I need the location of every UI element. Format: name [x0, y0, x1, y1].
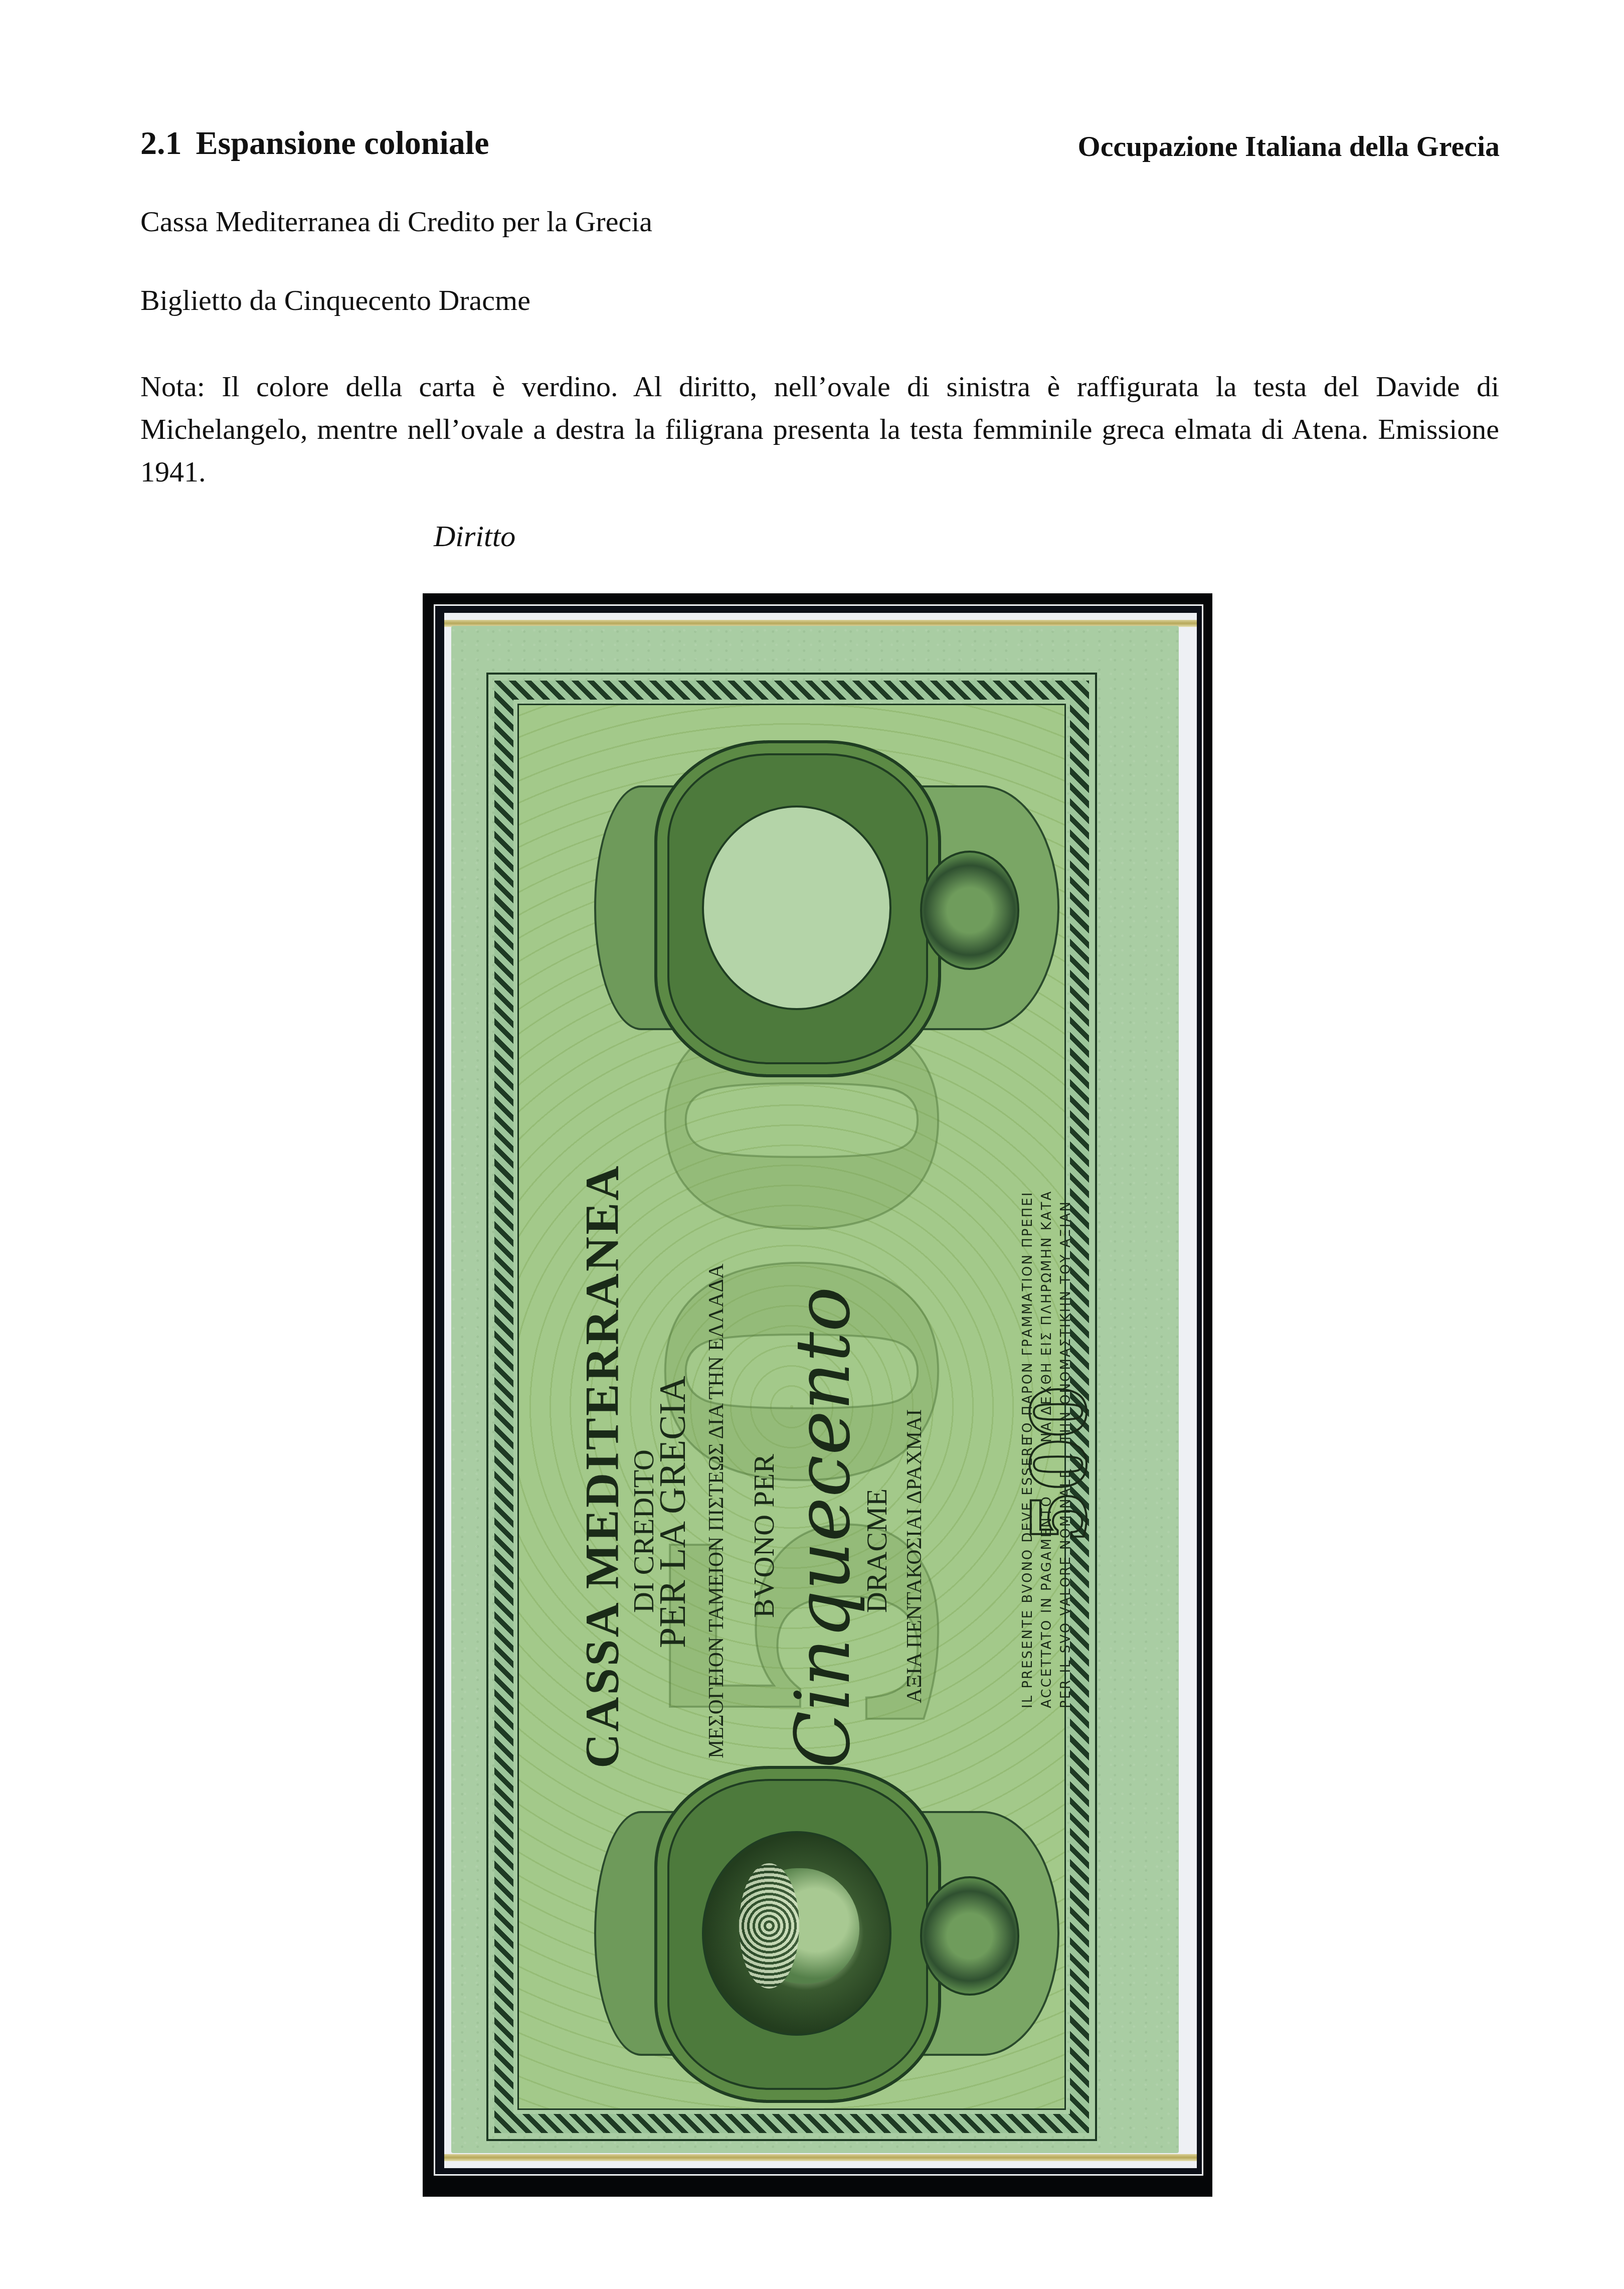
sleeve-bottom-edge	[444, 2154, 1197, 2161]
bank-name-greek: ΜΕΣΟΓΕΙΟΝ ΤΑΜΕΙΟΝ ΠΙΣΤΕΩΣ ΔΙΑ ΤΗΝ ΕΛΛΑΔΑ	[704, 1263, 729, 1758]
bvono-per: BVONO PER	[747, 1454, 781, 1618]
engraved-border: 500 CASSA MEDITERRANEA DI CREDITO P	[486, 673, 1097, 2141]
banknote-field: 500 CASSA MEDITERRANEA DI CREDITO P	[517, 704, 1066, 2110]
legal-text-gr-3: ΤΗΝ ΟΝΟΜΑΣΤΙΚΗΝ ΤΟΥ ΑΞΙΑΝ	[1058, 1200, 1073, 1442]
rosette-medallion	[920, 851, 1019, 970]
rosette-medallion	[920, 1876, 1019, 1996]
bottom-cartouche	[584, 1751, 1065, 2112]
side-label: Diritto	[434, 519, 515, 554]
section-heading: 2.1Espansione coloniale	[140, 124, 489, 162]
watermark-oval	[702, 805, 891, 1010]
portrait-oval	[702, 1831, 891, 2036]
topic-title: Occupazione Italiana della Grecia	[1078, 129, 1500, 163]
issuer-line: Cassa Mediterranea di Credito per la Gre…	[140, 205, 652, 238]
denomination-script: Cinquecento	[780, 1286, 867, 1768]
legal-text-gr-1: ΤΟ ΠΑΡΟΝ ΓΡΑΜΜΑΤΙΟΝ ΠΡΕΠΕΙ	[1020, 1191, 1035, 1442]
legal-text-gr-2: ΝΑ ΔΕΧΘΗ ΕΙΣ ΠΛΗΡΩΜΗΝ ΚΑΤΑ	[1039, 1190, 1054, 1442]
frame-inner-border: 500 CASSA MEDITERRANEA DI CREDITO P	[434, 604, 1203, 2176]
top-cartouche	[584, 725, 1065, 1086]
section-title: Espansione coloniale	[196, 125, 489, 161]
item-title: Biglietto da Cinquecento Dracme	[140, 283, 530, 317]
david-hair-image	[739, 1863, 799, 1989]
note-paragraph: Nota: Il colore della carta è verdino. A…	[140, 365, 1499, 493]
bank-name: CASSA MEDITERRANEA	[574, 1164, 630, 1768]
bank-name-line3: PER LA GRECIA	[652, 1376, 694, 1648]
currency-label: DRACME	[860, 1489, 893, 1613]
section-number: 2.1	[140, 125, 182, 161]
banknote: 500 CASSA MEDITERRANEA DI CREDITO P	[451, 626, 1179, 2153]
protective-sleeve: 500 CASSA MEDITERRANEA DI CREDITO P	[444, 613, 1197, 2168]
value-greek: ΑΞΙΑ ΠΕΝΤΑΚΟΣΙΑΙ ΔΡΑΧΜΑΙ	[903, 1409, 927, 1703]
album-frame: 500 CASSA MEDITERRANEA DI CREDITO P	[423, 593, 1212, 2197]
